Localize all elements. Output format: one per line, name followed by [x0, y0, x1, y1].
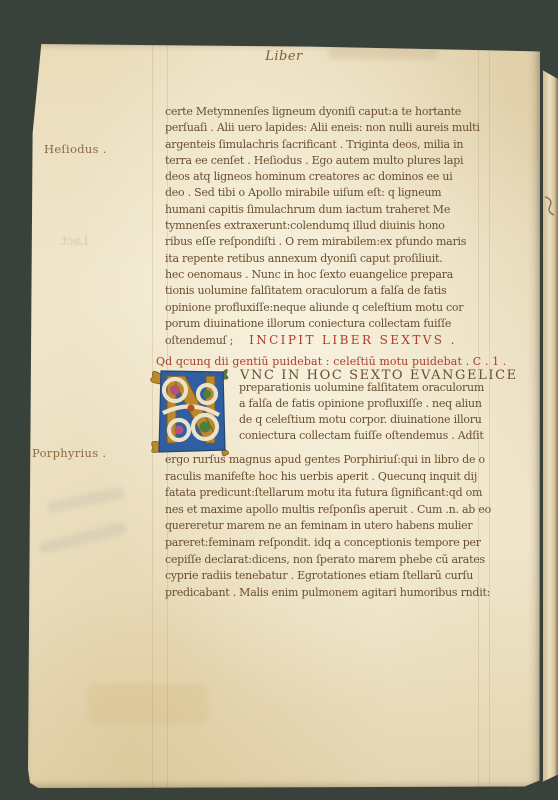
text-line: pareret:feminam reſpondit. idq a concept…: [165, 535, 491, 552]
paragraph-tail: oſtendemuſ ;: [165, 334, 233, 347]
paragraph-lines: ergo rurſus magnus apud gentes Porphiriu…: [165, 452, 491, 601]
photo-background: { "page": { "running_header": "Liber", "…: [0, 0, 558, 800]
text-line: terra ee cenſet . Heſiodus . Ego autem m…: [165, 153, 480, 169]
text-line: cyprie radiis tenebatur . Egrotationes e…: [165, 568, 491, 585]
show-through-mark: [46, 486, 127, 514]
paragraph-block-2: ergo rurſus magnus apud gentes Porphiriu…: [165, 452, 491, 601]
text-line: quereretur marem ne an feminam in utero …: [165, 518, 491, 535]
show-through-text: Lact.: [58, 234, 88, 248]
running-header: Liber: [28, 49, 540, 64]
text-line: deos atq ligneos hominum creatores ac do…: [165, 169, 480, 185]
text-line: preparationis uolumine falſitatem oracul…: [239, 380, 484, 396]
text-line: a falſa de fatis opinione profluxiſſe . …: [239, 396, 484, 412]
text-line: hec oenomaus . Nunc in hoc ſexto euangel…: [165, 267, 480, 283]
text-line: nes et maxime apollo multis reſponſis ap…: [165, 502, 491, 519]
margin-note-porphyrius: Porphyrius .: [32, 446, 106, 460]
incipit-rubric: INCIPIT LIBER SEXTVS .: [249, 333, 457, 347]
incipit-line: oſtendemuſ ;INCIPIT LIBER SEXTVS .: [165, 332, 480, 348]
text-line: fatata predicunt:ſtellarum motu ita futu…: [165, 485, 491, 502]
text-line: tionis uolumine falſitatem oraculorum a …: [165, 283, 480, 299]
text-line: ribus eſſe reſpondiſti . O rem mirabilem…: [165, 234, 480, 250]
text-line: certe Metymnenſes ligneum dyoniſi caput:…: [165, 104, 480, 120]
text-line: tymnenſes extraxerunt:colendumq illud di…: [165, 218, 480, 234]
text-line: perſuaſi . Alii uero lapides: Alii eneis…: [165, 120, 480, 136]
ink-mark: [543, 194, 557, 218]
show-through-mark: [328, 46, 438, 59]
text-line: argenteis ſimulachris ſacrificant . Trig…: [165, 137, 480, 153]
paragraph-lines: preparationis uolumine falſitatem oracul…: [239, 380, 484, 444]
stain: [88, 684, 208, 724]
text-line: cepiſſe declarat:dicens, non ſperato mar…: [165, 552, 491, 569]
paragraph-lines: certe Metymnenſes ligneum dyoniſi caput:…: [165, 104, 480, 332]
text-line: deo . Sed tibi o Apollo mirabile uiſum e…: [165, 185, 480, 201]
indented-block: preparationis uolumine falſitatem oracul…: [239, 380, 484, 444]
text-line: ita repente retibus annexum dyoniſi capu…: [165, 251, 480, 267]
text-line: porum diuinatione illorum coniectura col…: [165, 316, 480, 332]
manuscript-page: Liber Lact. Heſiodus . Porphyrius . cert…: [28, 44, 540, 788]
show-through-mark: [38, 521, 128, 554]
text-line: predicabant . Malis enim pulmonem agitar…: [165, 585, 491, 602]
text-line: ergo rurſus magnus apud gentes Porphiriu…: [165, 452, 491, 469]
facing-page-edge: [543, 66, 558, 786]
text-line: coniectura collectam fuiſſe oſtendemus .…: [239, 428, 484, 444]
text-line: opinione profluxiſſe:neque aliunde q cel…: [165, 300, 480, 316]
illuminated-initial-n: [150, 363, 232, 458]
text-line: humani capitis ſimulachrum dum iactum tr…: [165, 202, 480, 218]
text-line: de q celeſtium motu corpor. diuinatione …: [239, 412, 484, 428]
text-line: raculis manifeſte hoc his uerbis aperit …: [165, 469, 491, 486]
ruling-line: [489, 44, 490, 788]
margin-note-hesiodus: Heſiodus .: [44, 142, 107, 156]
paragraph-block-1: certe Metymnenſes ligneum dyoniſi caput:…: [165, 104, 480, 348]
